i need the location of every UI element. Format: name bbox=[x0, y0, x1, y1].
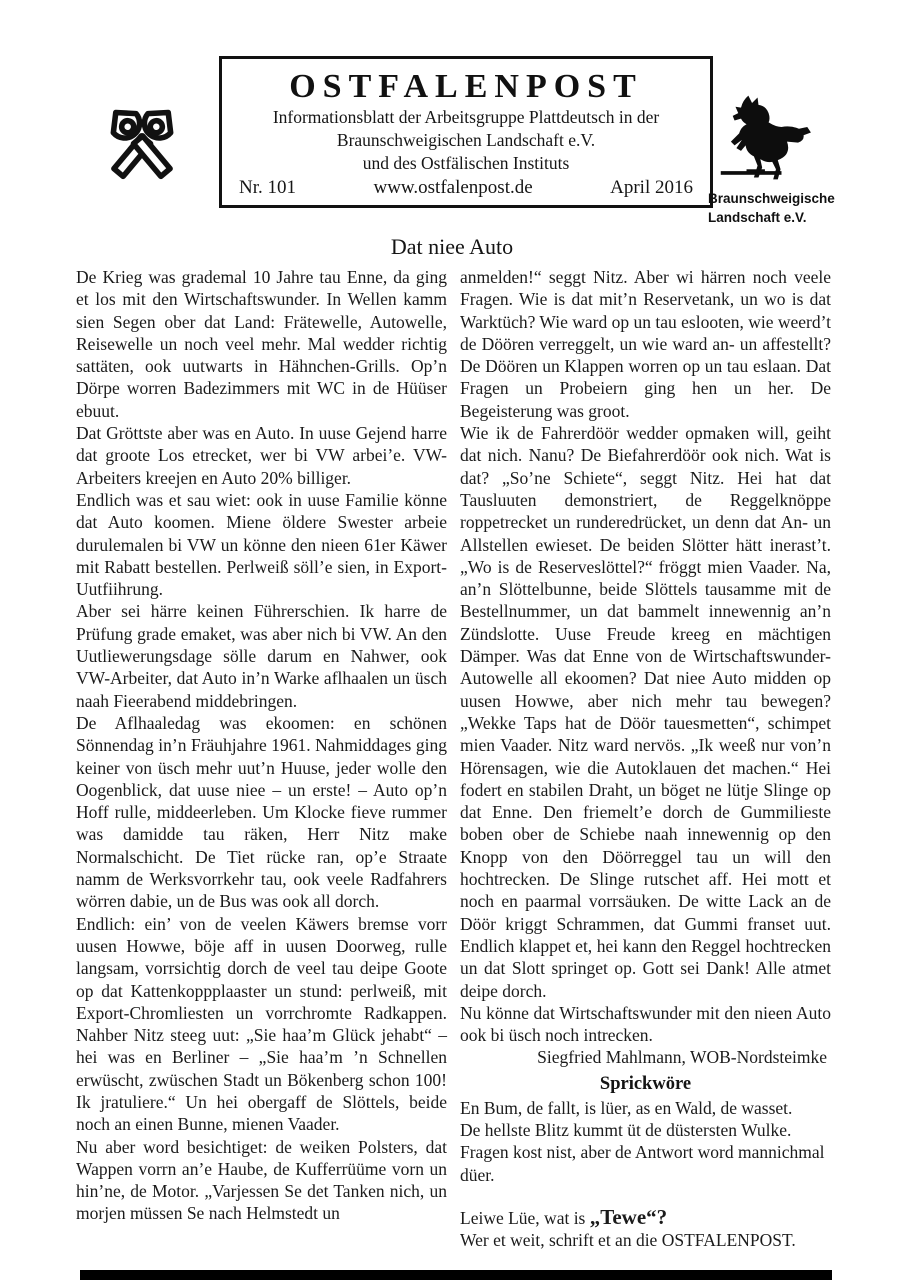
reader-question: Leiwe Lüe, wat is „Tewe“? bbox=[460, 1206, 831, 1229]
article-paragraph: Wie ik de Fahrerdöör wedder opmaken will… bbox=[460, 422, 831, 1002]
issue-number: Nr. 101 bbox=[239, 177, 296, 199]
right-column-paragraphs: anmelden!“ seggt Nitz. Aber wi härren no… bbox=[460, 266, 831, 1046]
proverb-line: Fragen kost nist, aber de Antwort word m… bbox=[460, 1141, 831, 1186]
article-paragraph: Nu könne dat Wirtschaftswunder mit den n… bbox=[460, 1002, 831, 1047]
website-url: www.ostfalenpost.de bbox=[373, 177, 532, 199]
proverbs-list: En Bum, de fallt, is lüer, as en Wald, d… bbox=[460, 1097, 831, 1186]
article-body: De Krieg was grademal 10 Jahre tau Enne,… bbox=[0, 266, 904, 1251]
bottom-divider-bar bbox=[80, 1270, 832, 1280]
landschaft-logo: Braunschweigische Landschaft e.V. bbox=[708, 92, 840, 227]
article-paragraph: Endlich was et sau wiet: ook in uuse Fam… bbox=[76, 489, 447, 600]
proverbs-heading: Sprickwöre bbox=[460, 1074, 831, 1095]
rearing-horse-icon bbox=[708, 92, 820, 184]
article-paragraph: Aber sei härre keinen Führerschien. Ik h… bbox=[76, 600, 447, 711]
question-footer: Wer et weit, schrift et an die OSTFALENP… bbox=[460, 1229, 831, 1251]
right-column: anmelden!“ seggt Nitz. Aber wi härren no… bbox=[460, 266, 831, 1251]
article-title: Dat niee Auto bbox=[0, 234, 904, 260]
proverb-line: En Bum, de fallt, is lüer, as en Wald, d… bbox=[460, 1097, 831, 1119]
author-signature: Siegfried Mahlmann, WOB-Nordsteimke bbox=[460, 1046, 831, 1068]
proverb-line: De hellste Blitz kummt üt de düstersten … bbox=[460, 1119, 831, 1141]
masthead: OSTFALENPOST Informationsblatt der Arbei… bbox=[0, 0, 904, 218]
newsletter-subtitle-1: Informationsblatt der Arbeitsgruppe Plat… bbox=[222, 106, 710, 129]
article-paragraph: Endlich: ein’ von de veelen Käwers brems… bbox=[76, 913, 447, 1136]
newsletter-title: OSTFALENPOST bbox=[222, 68, 710, 106]
left-column: De Krieg was grademal 10 Jahre tau Enne,… bbox=[76, 266, 447, 1251]
question-term: „Tewe“? bbox=[590, 1205, 667, 1229]
article-paragraph: anmelden!“ seggt Nitz. Aber wi härren no… bbox=[460, 266, 831, 422]
newsletter-subtitle-2: Braunschweigischen Landschaft e.V. bbox=[222, 129, 710, 152]
landschaft-caption-1: Braunschweigische bbox=[708, 191, 840, 208]
crossed-keys-icon bbox=[80, 90, 204, 192]
question-prefix: Leiwe Lüe, wat is bbox=[460, 1208, 590, 1228]
newsletter-subtitle-3: und des Ostfälischen Instituts bbox=[222, 152, 710, 175]
issue-date: April 2016 bbox=[610, 177, 693, 199]
crossed-keys-logo bbox=[80, 90, 204, 197]
article-paragraph: De Krieg was grademal 10 Jahre tau Enne,… bbox=[76, 266, 447, 422]
article-paragraph: Nu aber word besichtiget: de weiken Pols… bbox=[76, 1136, 447, 1225]
newsletter-page: OSTFALENPOST Informationsblatt der Arbei… bbox=[0, 0, 904, 1280]
masthead-meta-row: Nr. 101 www.ostfalenpost.de April 2016 bbox=[222, 177, 710, 199]
landschaft-caption-2: Landschaft e.V. bbox=[708, 210, 840, 227]
article-paragraph: Dat Gröttste aber was en Auto. In uuse G… bbox=[76, 422, 447, 489]
masthead-box: OSTFALENPOST Informationsblatt der Arbei… bbox=[219, 56, 713, 208]
article-paragraph: De Aflhaaledag was ekoomen: en schönen S… bbox=[76, 712, 447, 913]
